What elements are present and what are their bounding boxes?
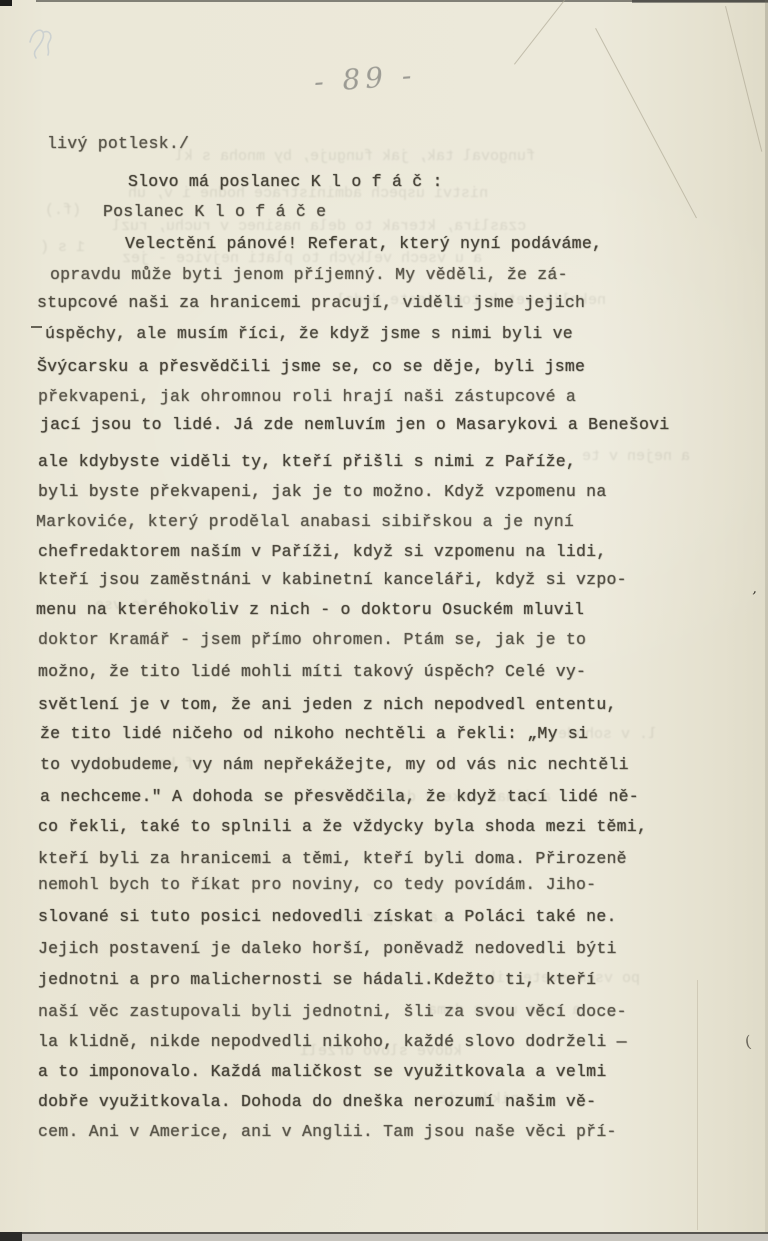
text-line: úspěchy, ale musím říci, že když jsme s … [45, 324, 573, 344]
scan-edge-top [0, 0, 12, 6]
text-line: cem. Ani v Americe, ani v Anglii. Tam js… [38, 1122, 617, 1142]
text-line: Slovo má poslanec K l o f á č : [128, 172, 443, 192]
text-line: la klidně, nikde nepodvedli nikoho, každ… [38, 1032, 627, 1052]
stray-ink-paren: ( [744, 1032, 753, 1052]
text-line: stupcové naši za hranicemi pracují, vidě… [37, 293, 585, 313]
text-line: překvapeni, jak ohromnou roli hrají naši… [38, 387, 576, 407]
text-line: livý potlesk./ [47, 134, 189, 154]
text-line: že tito lidé ničeho od nikoho nechtěli a… [40, 724, 588, 744]
scan-edge-bottom [0, 1232, 768, 1241]
text-line: ale kdybyste viděli ty, kteří přišli s n… [38, 452, 576, 472]
text-line: světlení je v tom, že ani jeden z nich n… [38, 695, 617, 715]
page-number: - 89 - [313, 58, 417, 98]
bleedthrough-text: 1 s ( [40, 240, 85, 255]
text-line: Poslanec K l o f á č e [103, 202, 326, 222]
text-line: slované si tuto posici nedovedli získat … [38, 907, 617, 927]
text-line: možno, že tito lidé mohli míti takový ús… [38, 662, 586, 682]
text-line: Jejich postavení je daleko horší, poněva… [38, 939, 617, 959]
text-line: Markoviće, který prodělal anabasi sibiřs… [36, 512, 574, 532]
scan-edge-bottom-corner [0, 1232, 22, 1241]
text-line: jací jsou to lidé. Já zde nemluvím jen o… [40, 415, 669, 435]
text-line: menu na kteréhokoliv z nich - o doktoru … [36, 600, 584, 620]
bleedthrough-text: a nejen v te [582, 449, 690, 464]
bleedthrough-text: (f.) [45, 203, 81, 218]
text-line: chefredaktorem naším v Paříži, když si v… [38, 542, 607, 562]
text-line: dobře využitkovala. Dohoda do dneška ner… [38, 1092, 596, 1112]
text-line: doktor Kramář - jsem přímo ohromen. Ptám… [38, 630, 586, 650]
fold-crease [595, 28, 697, 218]
fold-crease [697, 980, 698, 1230]
text-line: kteří byli za hranicemi a těmi, kteří by… [38, 849, 627, 869]
pencil-doodle [22, 20, 62, 65]
text-line: Velectění pánové! Referat, který nyní po… [125, 234, 602, 254]
text-line: to vydobudeme, vy nám nepřekážejte, my o… [40, 755, 629, 775]
text-line: co řekli, také to splnili a že vždycky b… [38, 817, 647, 837]
stray-ink-dash [31, 326, 42, 328]
text-line: nemohl bych to říkat pro noviny, co tedy… [38, 875, 596, 895]
text-line: jednotni a pro malichernosti se hádali.K… [38, 970, 596, 990]
text-line: naší věc zastupovali byli jednotni, šli … [38, 1002, 627, 1022]
stray-ink-comma: ’ [749, 588, 757, 607]
scanned-document-page: - 89 - fungoval tak, jak funguje, by mno… [0, 0, 768, 1241]
fold-crease [514, 0, 678, 65]
fold-crease [725, 6, 762, 152]
text-line: Švýcarsku a přesvědčili jsme se, co se d… [37, 357, 585, 377]
text-line: a nechceme." A dohoda se přesvědčila, že… [40, 787, 639, 807]
text-line: opravdu může byti jenom příjemný. My věd… [50, 265, 568, 285]
text-line: byli byste překvapeni, jak je to možno. … [38, 482, 607, 502]
text-line: kteří jsou zaměstnáni v kabinetní kancel… [38, 570, 627, 590]
text-line: a to imponovalo. Každá maličkost se využ… [38, 1062, 607, 1082]
scan-edge-top [632, 0, 768, 3]
bleedthrough-text: fungoval tak, jak funguje, by mnoha s kl [175, 149, 535, 164]
